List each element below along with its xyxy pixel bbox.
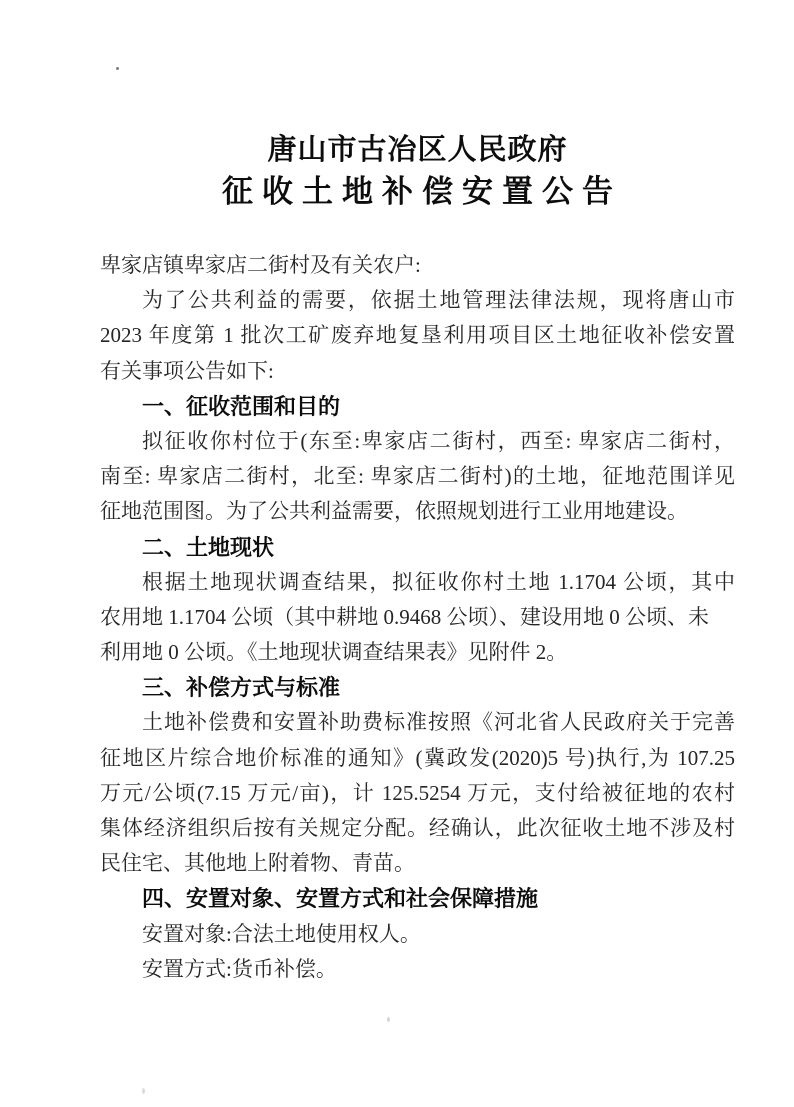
salutation-line: 卑家店镇卑家店二街村及有关农户:: [100, 248, 735, 283]
body-line: 民住宅、其他地上附着物、青苗。: [100, 846, 735, 881]
section-1-heading: 一、征收范围和目的: [100, 389, 735, 424]
body-line: 征地范围图。为了公共利益需要，依照规划进行工业用地建设。: [100, 494, 735, 529]
body-line: 南至: 卑家店二街村，北至: 卑家店二街村)的土地，征地范围详见: [100, 459, 735, 494]
scan-speck: [387, 1017, 390, 1022]
body-line: 集体经济组织后按有关规定分配。经确认，此次征收土地不涉及村: [100, 811, 735, 846]
body-line: 有关事项公告如下:: [100, 354, 735, 389]
announcement-page: 唐山市古冶区人民政府 征收土地补偿安置公告 卑家店镇卑家店二街村及有关农户: 为…: [0, 0, 794, 1107]
body-line: 农用地 1.1704 公顷（其中耕地 0.9468 公顷）、建设用地 0 公顷、…: [100, 600, 735, 635]
resettlement-method-line: 安置方式:货币补偿。: [100, 952, 735, 987]
document-title-authority: 唐山市古冶区人民政府: [100, 130, 735, 170]
section-4-heading: 四、安置对象、安置方式和社会保障措施: [100, 881, 735, 916]
section-2-heading: 二、土地现状: [100, 530, 735, 565]
body-line: 征地区片综合地价标准的通知》(冀政发(2020)5 号)执行,为 107.25: [100, 741, 735, 776]
document-title-block: 唐山市古冶区人民政府 征收土地补偿安置公告: [100, 130, 735, 214]
scan-speck: [116, 67, 119, 70]
body-line: 拟征收你村位于(东至:卑家店二街村，西至: 卑家店二街村，: [100, 424, 735, 459]
document-title-subject: 征收土地补偿安置公告: [100, 170, 735, 214]
resettlement-target-line: 安置对象:合法土地使用权人。: [100, 917, 735, 952]
body-line: 土地补偿费和安置补助费标准按照《河北省人民政府关于完善: [100, 705, 735, 740]
body-line: 为了公共利益的需要，依据土地管理法律法规，现将唐山市: [100, 283, 735, 318]
body-line: 2023 年度第 1 批次工矿废弃地复垦利用项目区土地征收补偿安置: [100, 318, 735, 353]
body-line: 万元/公顷(7.15 万元/亩)，计 125.5254 万元，支付给被征地的农村: [100, 776, 735, 811]
document-body: 卑家店镇卑家店二街村及有关农户: 为了公共利益的需要，依据土地管理法律法规，现将…: [100, 248, 735, 987]
section-3-heading: 三、补偿方式与标准: [100, 670, 735, 705]
body-line: 根据土地现状调查结果，拟征收你村土地 1.1704 公顷，其中: [100, 565, 735, 600]
body-line: 利用地 0 公顷。《土地现状调查结果表》见附件 2。: [100, 635, 735, 670]
scan-speck: [142, 1088, 145, 1094]
